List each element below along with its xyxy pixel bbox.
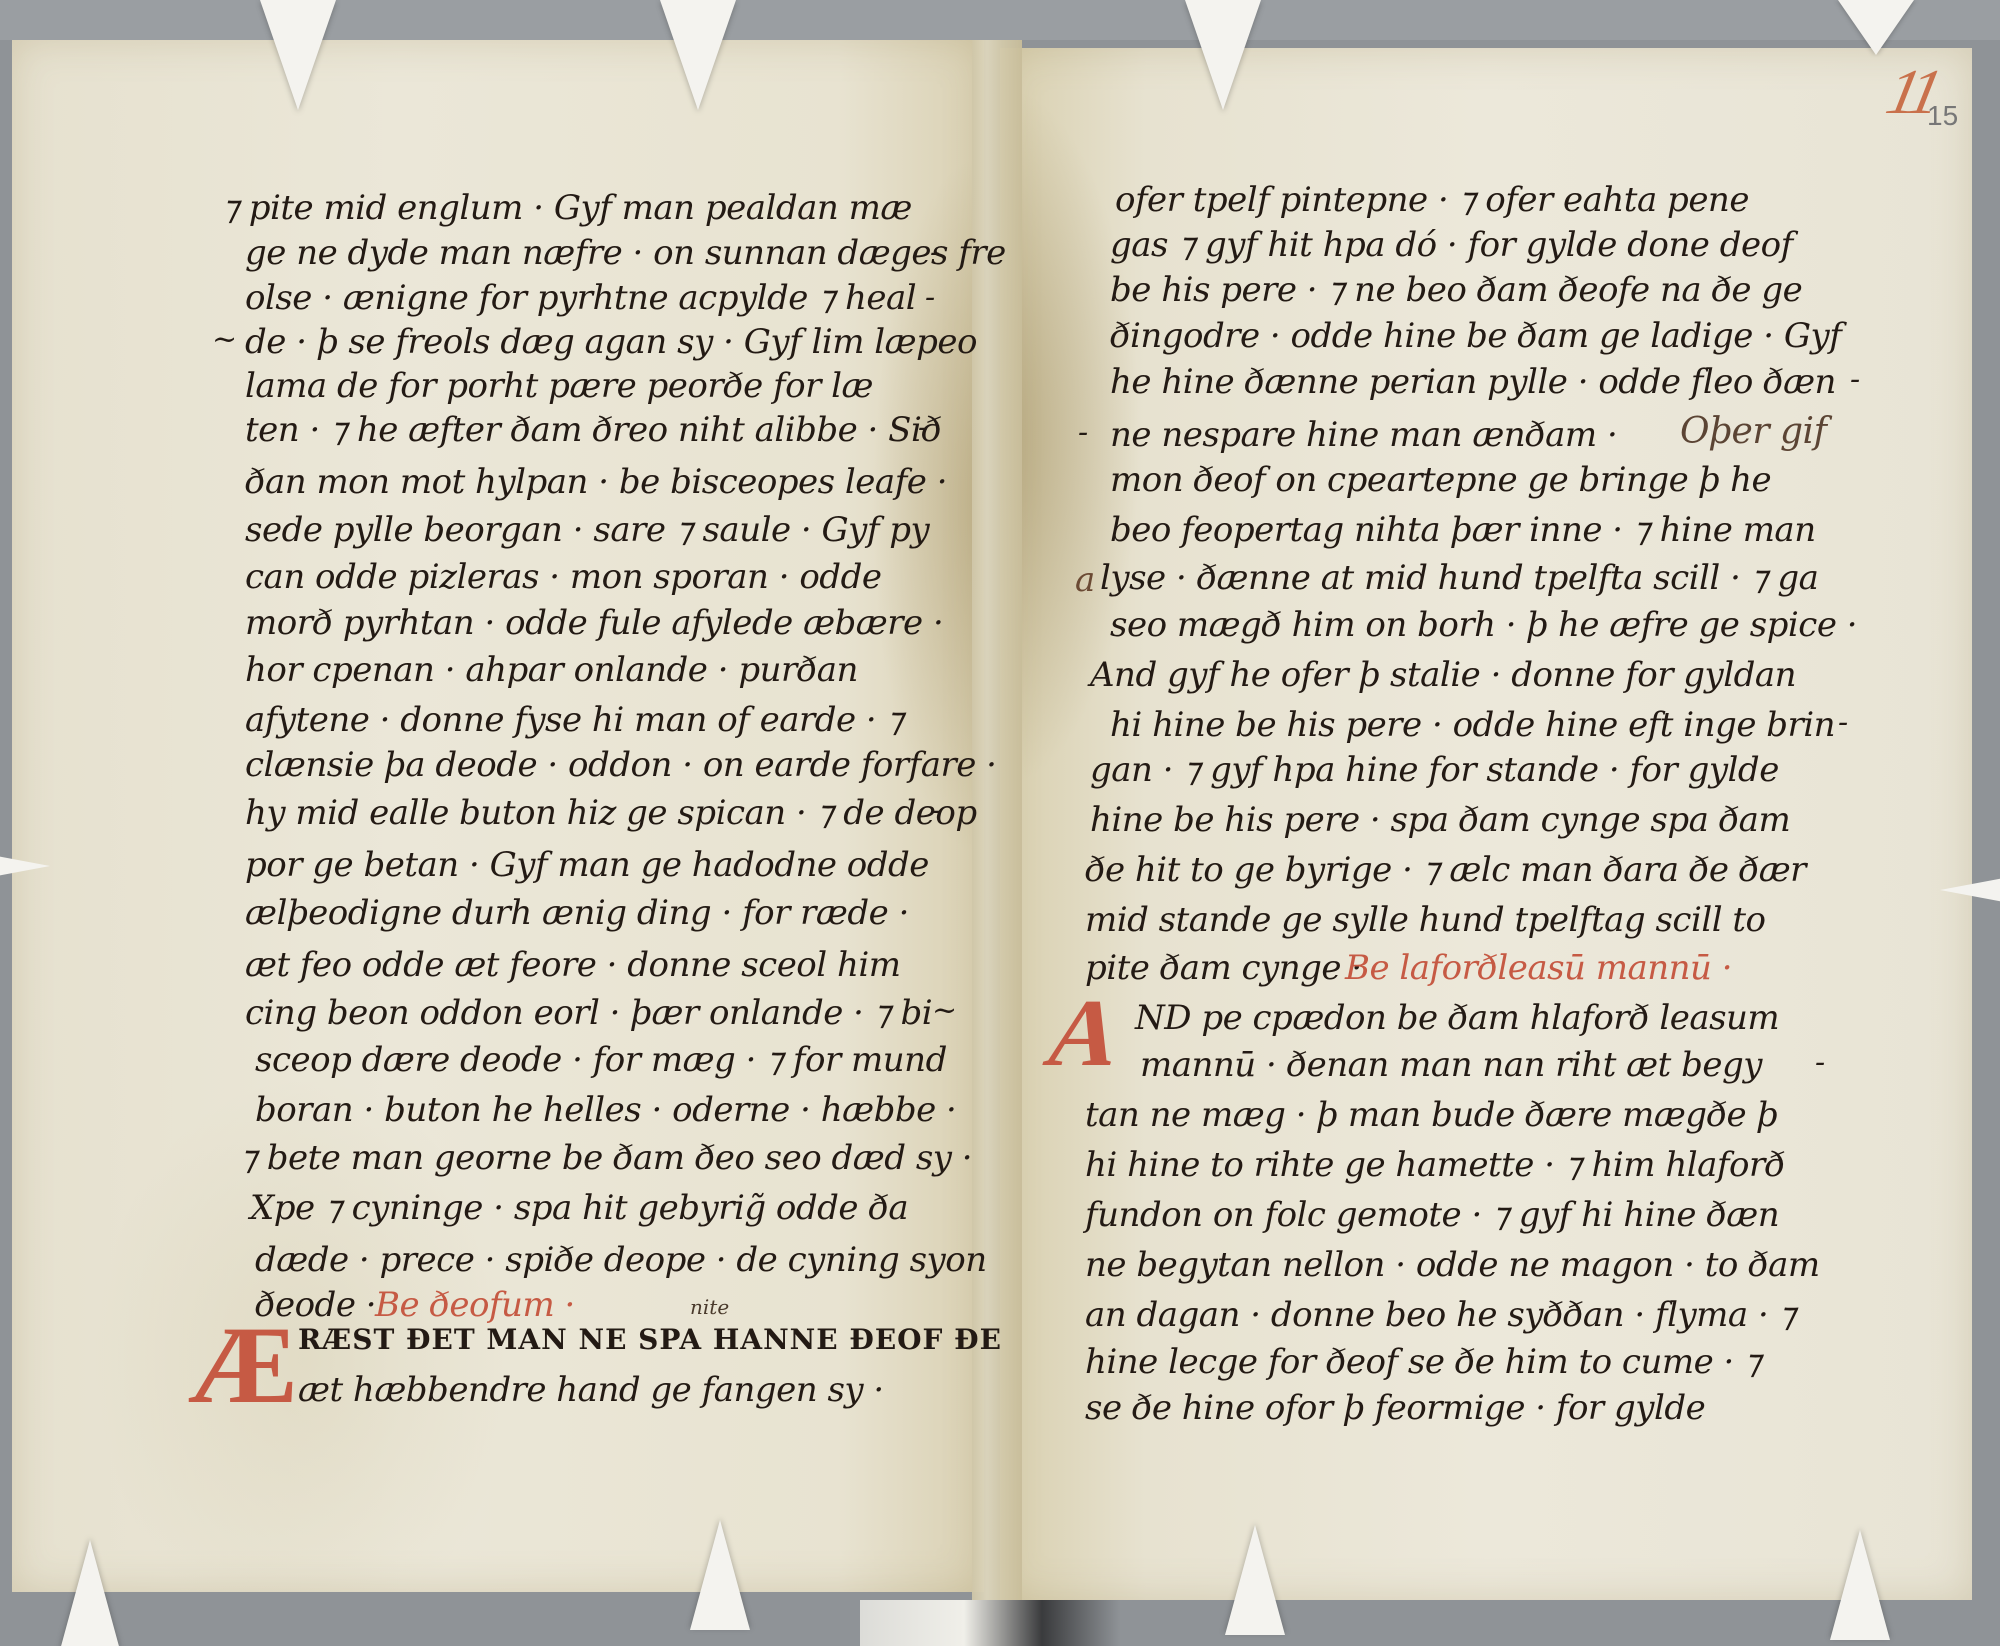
- initial-ae: Æ: [188, 1310, 298, 1420]
- text-line: he hine ðænne perian pylle · odde fleo ð…: [1110, 362, 1836, 402]
- text-line: ND pe cpædon be ðam hlaforð leasum: [1135, 998, 1779, 1038]
- text-line: lama de for porht pære peorðe for læ: [245, 366, 873, 406]
- text-line: cing beon oddon eorl · þær onlande · ⁊ b…: [245, 993, 932, 1033]
- text-line: gan · ⁊ gyf hpa hine for stande · for gy…: [1090, 750, 1779, 790]
- text-line: hi hine to rihte ge hamette · ⁊ him hlaf…: [1085, 1145, 1785, 1185]
- text-line: clænsie þa deode · oddon · on earde forf…: [245, 745, 996, 785]
- text-line: fundon on folc gemote · ⁊ gyf hi hine ðæ…: [1085, 1195, 1779, 1235]
- text-line: hine lecge for ðeof se ðe him to cume · …: [1085, 1342, 1761, 1382]
- text-line: be his pere · ⁊ ne beo ðam ðeofe na ðe g…: [1110, 270, 1802, 310]
- capital-text-line: RÆST ÐET MAN NE SPA HANNE ÐEOF ÐE: [298, 1320, 1002, 1360]
- clip-icon-top-3: [1185, 0, 1261, 110]
- text-line: ðan mon mot hylpan · be bisceopes leafe …: [245, 462, 947, 502]
- clip-icon-left-edge: [0, 838, 50, 894]
- text-line: ge ne dyde man næfre · on sunnan dæges f…: [245, 233, 1006, 273]
- interlinear-gloss: nite: [690, 1295, 729, 1319]
- text-line: And gyf he ofer þ stalie · donne for gyl…: [1090, 655, 1796, 695]
- line-end-mark: -: [930, 235, 940, 270]
- text-line: se ðe hine ofor þ feormige · for gylde: [1085, 1388, 1705, 1428]
- text-line: ⁊ bete man georne be ðam ðeo seo dæd sy …: [240, 1138, 972, 1178]
- line-end-mark: -: [1815, 1045, 1825, 1080]
- clip-icon-right-edge: [1940, 862, 2000, 918]
- clip-icon-bottom-1: [60, 1540, 120, 1646]
- text-line: tan ne mæg · þ man bude ðære mægðe þ: [1085, 1095, 1778, 1135]
- text-line: olse · ænigne for pyrhtne acpylde ⁊ heal: [245, 278, 916, 318]
- line-end-mark: ~: [932, 993, 957, 1028]
- text-line: æt hæbbendre hand ge fangen sy ·: [298, 1370, 884, 1410]
- text-line: beo feopertag nihta þær inne · ⁊ hine ma…: [1110, 510, 1816, 550]
- text-line: ðingodre · odde hine be ðam ge ladige · …: [1110, 316, 1841, 356]
- text-line: Xpe ⁊ cyninge · spa hit gebyrig̃ odde ða: [250, 1188, 908, 1228]
- text-line: sede pylle beorgan · sare ⁊ saule · Gyf …: [245, 510, 929, 550]
- text-line: ⁊ pite mid englum · Gyf man pealdan mæ: [222, 188, 912, 228]
- clip-icon-bottom-2: [690, 1520, 750, 1630]
- text-line: mannū · ðenan man nan riht æt begy: [1140, 1045, 1762, 1085]
- folio-number-pencil: 15: [1927, 100, 1958, 132]
- text-line: boran · buton he helles · oderne · hæbbe…: [255, 1090, 956, 1130]
- marginal-letter-a: a: [1075, 560, 1095, 600]
- rubric-be-lafordleasum-mannum: Be laforðleasū mannū ·: [1345, 948, 1732, 988]
- rubric-be-deofum: Be ðeofum ·: [375, 1285, 575, 1325]
- text-line: ne nespare hine man ænðam ·: [1110, 415, 1617, 455]
- line-start-mark: -: [1078, 415, 1088, 450]
- text-line: hy mid ealle buton hiz ge spican · ⁊ de …: [245, 793, 977, 833]
- text-line: dæde · prece · spiðe deope · de cyning s…: [255, 1240, 987, 1280]
- line-end-mark: -: [1838, 705, 1848, 740]
- text-line: hine be his pere · spa ðam cynge spa ðam: [1090, 800, 1790, 840]
- line-end-mark: -: [925, 280, 935, 315]
- text-line: lyse · ðænne at mid hund tpelfta scill ·…: [1100, 558, 1818, 598]
- line-end-mark: -: [1850, 362, 1860, 397]
- text-line: seo mægð him on borh · þ he æfre ge spic…: [1110, 605, 1857, 645]
- text-line: sceop dære deode · for mæg · ⁊ for mund: [255, 1040, 947, 1080]
- line-end-mark: -: [918, 410, 928, 445]
- marginal-heading-other-if: Oþer gif: [1680, 412, 1826, 452]
- clip-icon-top-2: [660, 0, 736, 110]
- text-line: ofer tpelf pintepne · ⁊ ofer eahta pene: [1115, 180, 1749, 220]
- clip-icon-top-1: [260, 0, 336, 110]
- text-line: afytene · donne fyse hi man of earde · ⁊: [245, 700, 903, 740]
- clip-icon-top-4: [1838, 0, 1914, 55]
- spine-gutter: [972, 40, 1022, 1600]
- text-line: gas ⁊ gyf hit hpa dó · for gylde done de…: [1110, 225, 1793, 265]
- text-line: de · þ se freols dæg agan sy · Gyf lim l…: [245, 322, 977, 362]
- spine-base: [860, 1600, 1120, 1646]
- text-line: hi hine be his pere · odde hine eft inge…: [1110, 705, 1835, 745]
- text-line: ne begytan nellon · odde ne magon · to ð…: [1085, 1245, 1820, 1285]
- text-line: ælþeodigne durh ænig ding · for ræde ·: [245, 893, 909, 933]
- text-line: ðe hit to ge byrige · ⁊ ælc man ðara ðe …: [1085, 850, 1806, 890]
- text-line: ten · ⁊ he æfter ðam ðreo niht alibbe · …: [245, 410, 941, 450]
- text-line: mon ðeof on cpeartepne ge bringe þ he: [1110, 460, 1771, 500]
- line-end-mark: -: [932, 793, 942, 828]
- line-start-mark: ~: [212, 322, 237, 357]
- text-line: æt feo odde æt feore · donne sceol him: [245, 945, 900, 985]
- clip-icon-bottom-4: [1830, 1530, 1890, 1640]
- text-line: an dagan · donne beo he syððan · flyma ·…: [1085, 1295, 1795, 1335]
- text-line: morð pyrhtan · odde fule afylede æbære ·: [245, 603, 943, 643]
- text-line: hor cpenan · ahpar onlande · purðan: [245, 650, 858, 690]
- text-line: por ge betan · Gyf man ge hadodne odde: [245, 845, 929, 885]
- clip-icon-bottom-3: [1225, 1525, 1285, 1635]
- text-line: mid stande ge sylle hund tpelftag scill …: [1085, 900, 1766, 940]
- text-line: can odde pizleras · mon sporan · odde: [245, 557, 881, 597]
